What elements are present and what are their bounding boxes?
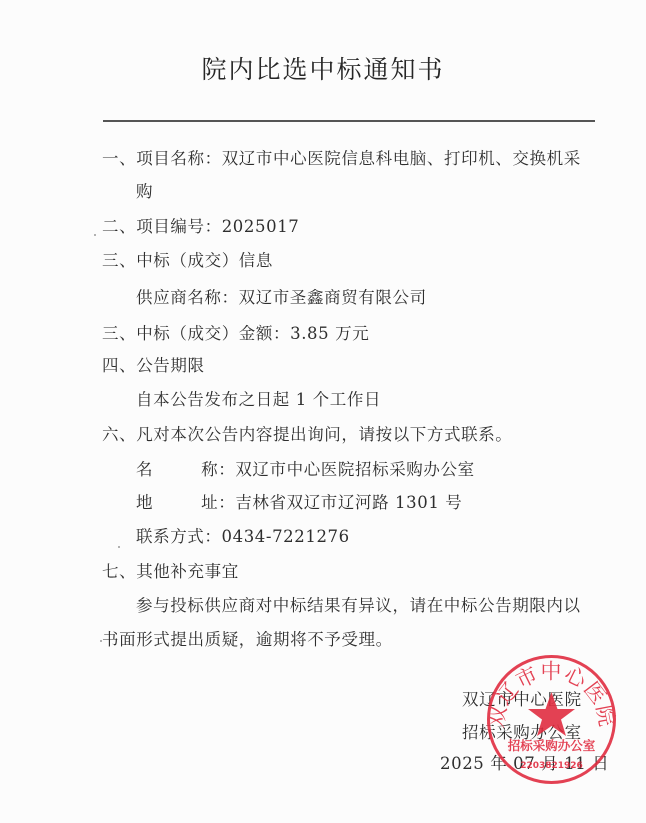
notice-period-text: 自本公告发布之日起 1 个工作日 [136,386,381,410]
contact-phone-value: 0434-7221276 [222,527,350,546]
contact-address-value: 吉林省双辽市辽河路 1301 号 [235,493,462,512]
award-amount-line: 三、中标（成交）金额：3.85 万元 [102,320,369,344]
signature-date: 2025 年 07 月 11 日 [440,750,609,774]
project-name-line: 一、项目名称：双辽市中心医院信息科电脑、打印机、交换机采 [102,145,581,169]
contact-name-label-a: 名 [136,460,153,479]
document-title: 院内比选中标通知书 [0,50,646,86]
other-text-line2: 书面形式提出质疑，逾期将不予受理。 [102,626,393,650]
signature-org-line1: 双辽市中心医院 [462,686,582,710]
award-info-heading: 三、中标（成交）信息 [102,247,273,271]
supplier-label: 供应商名称： [136,288,239,307]
contact-phone-line: 联系方式：0434-7221276 [136,523,350,547]
contact-name-value: 双辽市中心医院招标采购办公室 [235,460,474,479]
contact-phone-label: 联系方式： [136,527,222,546]
project-number-line: 二、项目编号：2025017 [102,213,299,237]
contact-name-line: 名称：双辽市中心医院招标采购办公室 [136,456,475,480]
project-name-label: 一、项目名称： [102,149,222,168]
scan-speck [118,546,120,548]
contact-address-label-a: 地 [136,493,153,512]
signature-org-line2: 招标采购办公室 [462,719,582,743]
award-amount-value: 3.85 万元 [290,324,369,343]
award-amount-label: 三、中标（成交）金额： [102,324,290,343]
project-name-continuation: 购 [136,178,153,202]
contact-heading: 六、凡对本次公告内容提出询问，请按以下方式联系。 [102,421,512,445]
other-text-line1: 参与投标供应商对中标结果有异议，请在中标公告期限内以 [136,592,581,616]
notice-period-heading: 四、公告期限 [102,352,205,376]
scan-speck [100,640,102,642]
supplier-value: 双辽市圣鑫商贸有限公司 [239,288,427,307]
contact-address-label-b: 址： [201,493,235,512]
project-name-value: 双辽市中心医院信息科电脑、打印机、交换机采 [222,149,581,168]
project-number-value: 2025017 [222,217,300,236]
title-divider [103,120,595,122]
contact-address-line: 地址：吉林省双辽市辽河路 1301 号 [136,489,462,513]
other-heading: 七、其他补充事宜 [102,558,239,582]
project-number-label: 二、项目编号： [102,217,222,236]
document-page: 院内比选中标通知书 一、项目名称：双辽市中心医院信息科电脑、打印机、交换机采 购… [0,0,646,823]
scan-speck [94,234,96,236]
contact-name-label-b: 称： [201,460,235,479]
supplier-line: 供应商名称：双辽市圣鑫商贸有限公司 [136,284,427,308]
